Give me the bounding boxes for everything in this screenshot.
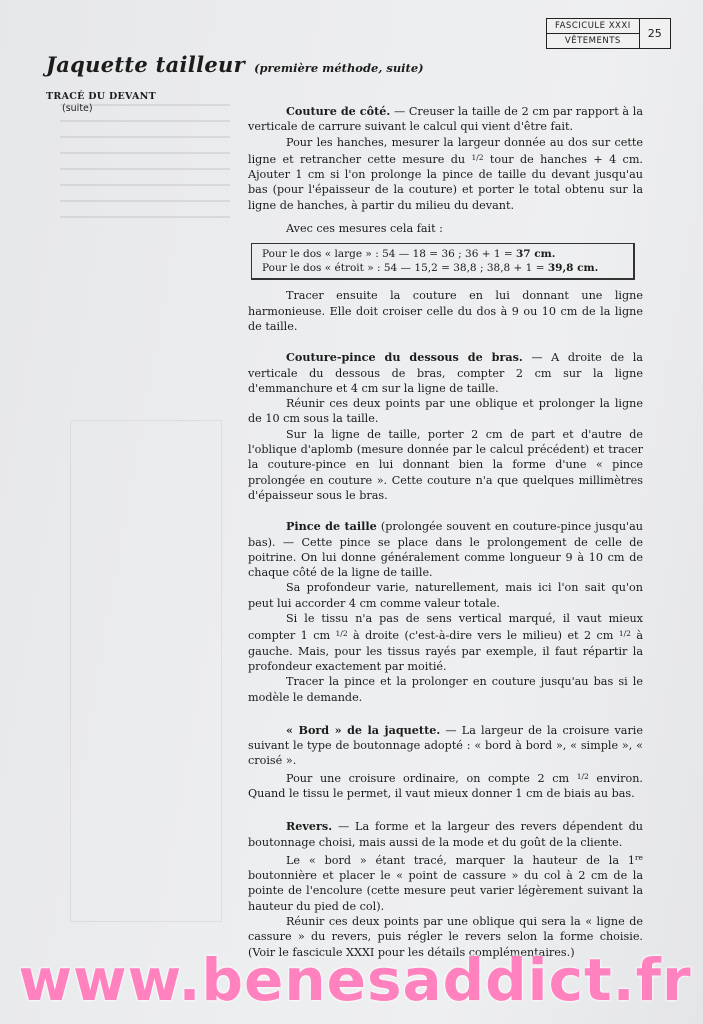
paragraph-ligne-taille: Sur la ligne de taille, porter 2 cm de p… — [248, 427, 643, 503]
calc-result: 39,8 cm. — [548, 262, 598, 274]
page-title: Jaquette tailleur (première méthode, sui… — [46, 52, 424, 77]
paragraph-tracer-pince: Tracer la pince et la prolonger en coutu… — [248, 674, 643, 705]
body-column: Couture de côté. — Creuser la taille de … — [248, 104, 643, 960]
paragraph-couture-cote: Couture de côté. — Creuser la taille de … — [248, 104, 643, 135]
heading-pince-taille: Pince de taille — [286, 519, 377, 533]
heading-couture-pince: Couture-pince du dessous de bras. — [286, 350, 523, 364]
paragraph-reunir: Réunir ces deux points par une oblique e… — [248, 396, 643, 427]
section-label: TRACÉ DU DEVANT (suite) — [46, 91, 156, 114]
paragraph-couture-pince: Couture-pince du dessous de bras. — A dr… — [248, 350, 643, 396]
heading-couture-cote: Couture de côté. — [286, 104, 390, 118]
paragraph-tracer: Tracer ensuite la couture en lui donnant… — [248, 288, 643, 334]
paragraph-text: Pour une croisure ordinaire, on compte 2… — [286, 772, 577, 785]
paragraph-revers: Revers. — La forme et la largeur des rev… — [248, 819, 643, 850]
paragraph-croisure: Pour une croisure ordinaire, on compte 2… — [248, 769, 643, 802]
fascicule-label: FASCICULE XXXI — [547, 19, 639, 34]
show-through-ghost-text — [60, 90, 230, 910]
fraction: 1/2 — [471, 153, 483, 162]
calc-expression: Pour le dos « large » : 54 — 18 = 36 ; 3… — [262, 248, 516, 260]
paragraph-pince-taille: Pince de taille (prolongée souvent en co… — [248, 519, 643, 580]
paragraph-text: Le « bord » étant tracé, marquer la haut… — [286, 854, 635, 867]
title-main: Jaquette tailleur — [46, 52, 245, 77]
calc-result: 37 cm. — [516, 248, 555, 260]
paragraph-bord-trace: Le « bord » étant tracé, marquer la haut… — [248, 850, 643, 914]
calc-expression: Pour le dos « étroit » : 54 — 15,2 = 38,… — [262, 262, 548, 274]
title-subtitle: (première méthode, suite) — [254, 61, 424, 75]
calculation-box: Pour le dos « large » : 54 — 18 = 36 ; 3… — [251, 243, 635, 280]
paragraph-sens-vertical: Si le tissu n'a pas de sens vertical mar… — [248, 611, 643, 674]
paragraph-hanches: Pour les hanches, mesurer la largeur don… — [248, 135, 643, 213]
paragraph-profondeur: Sa profondeur varie, naturellement, mais… — [248, 580, 643, 611]
paragraph-text: boutonnière et placer le « point de cass… — [248, 869, 643, 913]
fascicule-label-box: FASCICULE XXXI VÊTEMENTS 25 — [546, 18, 671, 49]
category-label: VÊTEMENTS — [547, 34, 639, 48]
paragraph-bord: « Bord » de la jaquette. — La largeur de… — [248, 723, 643, 769]
fraction: 1/2 — [577, 772, 589, 781]
superscript: re — [635, 853, 643, 862]
page-number: 25 — [640, 19, 670, 48]
section-heading: TRACÉ DU DEVANT — [46, 91, 156, 102]
fraction: 1/2 — [336, 629, 348, 638]
section-subheading: (suite) — [62, 103, 156, 114]
paragraph-mesures: Avec ces mesures cela fait : — [248, 221, 643, 236]
fraction: 1/2 — [619, 629, 631, 638]
heading-bord: « Bord » de la jaquette. — [286, 723, 440, 737]
calc-line-etroit: Pour le dos « étroit » : 54 — 15,2 = 38,… — [262, 261, 623, 275]
heading-revers: Revers. — [286, 819, 332, 833]
paragraph-text: à droite (c'est-à-dire vers le milieu) e… — [348, 629, 619, 642]
watermark-url: www.benesaddict.fr — [10, 946, 700, 1014]
calc-line-large: Pour le dos « large » : 54 — 18 = 36 ; 3… — [262, 247, 623, 261]
